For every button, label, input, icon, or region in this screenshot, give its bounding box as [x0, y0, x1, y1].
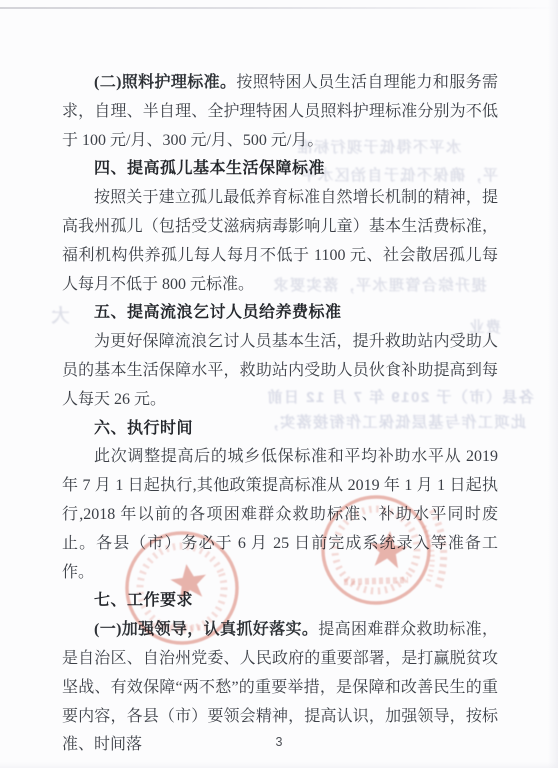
- scan-edge-line: [0, 7, 558, 9]
- doc-paragraph: 为更好保障流浪乞讨人员基本生活，提升救助站内受助人员的基本生活保障水平，救助站内…: [62, 328, 498, 414]
- page-number: 3: [0, 735, 558, 749]
- section-heading-5: 五、提高流浪乞讨人员给养费标准: [62, 299, 498, 328]
- doc-paragraph: (二)照料护理标准。按照特困人员生活自理能力和服务需求，自理、半自理、全护理特困…: [62, 69, 498, 155]
- doc-paragraph: 此次调整提高后的城乡低保标准和平均补助水平从 2019 年 7 月 1 日起执行…: [62, 443, 498, 587]
- paragraph-text: 为更好保障流浪乞讨人员基本生活，提升救助站内受助人员的基本生活保障水平，救助站内…: [62, 333, 498, 408]
- section-heading-7: 七、工作要求: [62, 587, 498, 616]
- paragraph-text: 提高困难群众救助标准，是自治区、自治州党委、人民政府的重要部署，是打赢脱贫攻坚战…: [62, 621, 498, 753]
- page-right-edge-shadow: [548, 0, 558, 768]
- paragraph-lead: (二)照料护理标准。: [94, 74, 236, 91]
- doc-paragraph: 按照关于建立孤儿最低养育标准自然增长机制的精神，提高我州孤儿（包括受艾滋病病毒影…: [62, 184, 498, 299]
- paragraph-text: 此次调整提高后的城乡低保标准和平均补助水平从 2019 年 7 月 1 日起执行…: [62, 448, 498, 580]
- page-bottom-edge-shadow: [0, 762, 558, 768]
- section-heading-6: 六、执行时间: [62, 415, 498, 444]
- document-body: (二)照料护理标准。按照特困人员生活自理能力和服务需求，自理、半自理、全护理特困…: [62, 69, 498, 760]
- paragraph-text: 按照关于建立孤儿最低养育标准自然增长机制的精神，提高我州孤儿（包括受艾滋病病毒影…: [62, 189, 498, 292]
- section-heading-4: 四、提高孤儿基本生活保障标准: [62, 155, 498, 184]
- paragraph-lead: (一)加强领导，认真抓好落实。: [94, 621, 318, 638]
